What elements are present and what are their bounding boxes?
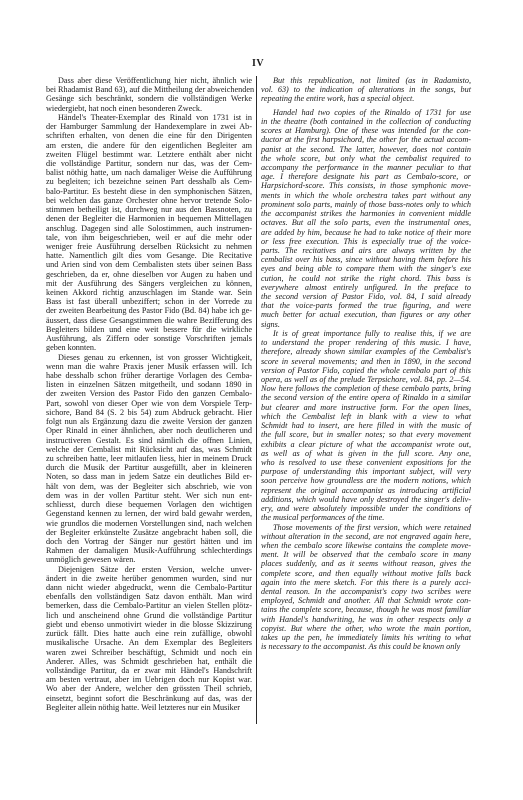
text-line: the second version of the entire opera o… [261, 393, 471, 402]
text-line: or less free execution. This is especial… [261, 237, 471, 246]
text-line: der Begleiter erkünstelte Zusätze angebr… [46, 528, 252, 537]
text-line: schriften erhalten, von denen die eine f… [46, 131, 252, 140]
text-line: ändert in die zweite herüber genommen wu… [46, 574, 252, 583]
text-line: the musical performances of the time. [261, 513, 471, 522]
text-line: mit der Ausführung des Sängers vergleich… [46, 279, 252, 288]
text-line: vollständige Partitur, da er zwar mit Hä… [46, 666, 252, 675]
text-line: bemerken, dass die Cembalo-Partitur an v… [46, 601, 252, 610]
text-line: scores at Hamburg). One of these was int… [261, 126, 471, 135]
text-line: ments in which the whole orchestra takes… [261, 191, 471, 200]
text-line: balo-Partitur. Es besteht diese in den s… [46, 187, 252, 196]
text-line: Begleiter allein nöthig hatte. Weil letz… [46, 703, 252, 712]
text-line: zurück fällt. Dies hatte auch eine rein … [46, 629, 252, 638]
text-line: Händel's Theater-Exemplar des Rinald von… [46, 113, 252, 122]
text-line: It is of great importance fully to reali… [261, 329, 471, 338]
text-line: octaves. But all the solo parts, even th… [261, 218, 471, 227]
text-line: musikalische Ursache. An dem Exemplar de… [46, 638, 252, 647]
text-line: welche der Cembalist mit Rücksicht auf d… [46, 445, 252, 454]
text-line: Part, sowohl von dieser Oper wie von dem… [46, 399, 252, 408]
text-line: habe desshalb schon früher derartige Vor… [46, 371, 252, 380]
text-line: Dieses genau zu erkennen, ist von grosse… [46, 353, 252, 362]
text-line: places suddenly, and as it seems without… [261, 559, 471, 568]
text-line: Anderer. Alles, was Schmidt geschrieben … [46, 657, 252, 666]
text-line: additions, which would have only destroy… [261, 495, 471, 504]
text-line: but clearer and more instructive form. F… [261, 403, 471, 412]
text-line: Diejenigen Sätze der ersten Version, wel… [46, 565, 252, 574]
german-text-column: Dass aber diese Veröffentlichung hier ni… [46, 76, 252, 712]
text-line: tains the complete score, because, thoug… [261, 605, 471, 614]
text-line: unmöglich gewesen wären. [46, 555, 252, 564]
text-line: without alteration in the second, are no… [261, 532, 471, 541]
text-line: represent the original accompanist as in… [261, 486, 471, 495]
text-line: copyist. But where the other, who wrote … [261, 624, 471, 633]
text-line: zu begleiten; ich bezeichne seinen Part … [46, 177, 252, 186]
text-line: exhibits a clear picture of what the acc… [261, 440, 471, 449]
text-line: dann nicht wieder abgedruckt, wenn die C… [46, 583, 252, 592]
text-line: signs. [261, 320, 471, 329]
text-line: the whole score, but only what the cemba… [261, 154, 471, 163]
text-line: who is resolved to use these convenient … [261, 458, 471, 467]
text-line: Rahmen der damaligen Musik-Aufführung sc… [46, 546, 252, 555]
text-line: geben konnten. [46, 343, 252, 352]
text-line: am ersten, die andere für den eigentlich… [46, 141, 252, 150]
text-line: Gegenstand kennen zu lernen, der wird ba… [46, 509, 252, 518]
text-line: bei Rhadamist Band 63), auf die Mittheil… [46, 85, 252, 94]
text-line: therefore, already shown similar example… [261, 347, 471, 356]
text-line: wiedergiebt, hat noch einen besonderen Z… [46, 104, 252, 113]
text-line: giebt und ebenso unmotivirt wieder in di… [46, 620, 252, 629]
text-line: much better for actual execution, than f… [261, 310, 471, 319]
english-text-column: But this republication, not limited (as … [261, 76, 471, 652]
text-line: opera, as well as of the prelude Terpsic… [261, 375, 471, 384]
text-line: waren zwei Schreiber beschäftigt, Schmid… [46, 648, 252, 657]
text-line: Those movements of the first version, wh… [261, 523, 471, 532]
text-line: anschlug. Dagegen sind alle Solostimmen,… [46, 224, 252, 233]
text-line: balist nöthig hatte, um nach damaliger W… [46, 168, 252, 177]
text-line: the second version of Pastor Fido, vol. … [261, 292, 471, 301]
text-line: with Handel's handwriting, he was in oth… [261, 615, 471, 624]
text-line: cembalist over his bass, since without h… [261, 255, 471, 264]
text-line: Dass aber diese Veröffentlichung hier ni… [46, 76, 252, 85]
text-line: ductor at the first harpsichord, the oth… [261, 135, 471, 144]
text-line: schliesst, durch diese bequemen Vorlagen… [46, 500, 252, 509]
text-line: listen in einzelnen Sätzen mitgetheilt, … [46, 380, 252, 389]
text-line: everywhere almost entirely unfigured. In… [261, 283, 471, 292]
text-line: instructiveren Gestalt. Es sind nämlich … [46, 436, 252, 445]
text-line: that the voice-parts formed the true fig… [261, 301, 471, 310]
text-line: doch den Vortrag der Sänger nur gestört … [46, 537, 252, 546]
text-line: folgt nun als Ergänzung dazu die zweite … [46, 417, 252, 426]
text-line: panist at the second. The latter, howeve… [261, 145, 471, 154]
text-line: geschrieben, da er, ohne dieselben vor A… [46, 270, 252, 279]
text-line: äussert, dass diese Gesangstimmen die wa… [46, 316, 252, 325]
text-line: sichore, Band 84 (S. 2 bis 54) zum Abdru… [46, 408, 252, 417]
text-line: prominent solo parts, mainly of those ba… [261, 200, 471, 209]
text-line: But this republication, not limited (as … [261, 76, 471, 85]
column-divider [256, 76, 257, 724]
text-line: age. I therefore designate his part as C… [261, 172, 471, 181]
text-line: in the theatre (both contained in the co… [261, 117, 471, 126]
text-line: as well as of what is given in the full … [261, 449, 471, 458]
text-line: Noten, so dass man in jedem Satze ein de… [46, 472, 252, 481]
text-line: complete score, and then equally without… [261, 569, 471, 578]
text-line: Harpsichord-score. This consists, in tho… [261, 181, 471, 190]
text-line: denen der Begleiter die Harmonien in beq… [46, 214, 252, 223]
text-line: Now here follows the completion of these… [261, 384, 471, 393]
text-line: cution, he could not strike the right ch… [261, 274, 471, 283]
text-line: the accompanist strikes the harmonies in… [261, 209, 471, 218]
text-line: Bass ist fast überall unbeziffert; schon… [46, 297, 252, 306]
text-line: und Arien sind von dem Cembalisten stets… [46, 260, 252, 269]
text-line: wenn man die wahre Praxis jener Musik er… [46, 362, 252, 371]
text-line: dental reason. In the accompanist's copy… [261, 587, 471, 596]
text-line: die vollständige Partitur, sondern nur d… [46, 159, 252, 168]
text-line: soon perceive how groundless are the mod… [261, 476, 471, 485]
text-line: vol. 63) to the indication of alteration… [261, 85, 471, 94]
text-line: Ausführung, als Ziffern oder sonstige Vo… [46, 334, 252, 343]
text-line: ery, and were absolutely impossible unde… [261, 504, 471, 513]
text-line: accompany the performance in the manner … [261, 163, 471, 172]
text-line: Oper Rinald in einer ähnlichen, aber noc… [46, 426, 252, 435]
text-line: hält von dem, was der Begleiter sich abs… [46, 482, 252, 491]
text-line: takes up the pen, he immediately limits … [261, 633, 471, 642]
text-line: which the Cembalist left in blank with a… [261, 412, 471, 421]
text-line: when the cembalo score likewise contains… [261, 541, 471, 550]
text-line: wie grundlos die modernen Vorstellungen … [46, 519, 252, 528]
text-line: weniger freie Ausführung derselben Rücks… [46, 242, 252, 251]
text-line: Wo aber der Andere, welcher den grössten… [46, 684, 252, 693]
text-line: hatte. Namentlich gilt dies vom Gesange.… [46, 251, 252, 260]
text-line: zweiten Flügel bestimmt war. Letztere en… [46, 150, 252, 159]
text-line: Gesänge sich beschränkt, sondern die vol… [46, 94, 252, 103]
text-line: is necessary to the accompanist. As this… [261, 642, 471, 651]
text-line: again into the mere sketch. For this the… [261, 578, 471, 587]
text-line: durch die Musik der Partitur ausgefüllt,… [46, 463, 252, 472]
text-line: employed, Schmidt and another. All that … [261, 596, 471, 605]
text-line: lich und anscheinend ohne Grund die voll… [46, 611, 252, 620]
text-line: der zweiten Version des Pastor Fido den … [46, 389, 252, 398]
text-line: einsetzt, beginnt sofort die Beschränkun… [46, 694, 252, 703]
text-line: am besten vertraut, aber im Uebrigen doc… [46, 675, 252, 684]
text-line: keinen Akkord richtig anzuschlagen im St… [46, 288, 252, 297]
text-line: stimmen betheiligt ist, durchweg nur aus… [46, 205, 252, 214]
page-number: IV [0, 58, 516, 69]
text-line: dem was in der vollen Partitur steht. We… [46, 491, 252, 500]
text-line: repeating the entire work, has a special… [261, 94, 471, 103]
text-line: are added by him, because he had to take… [261, 228, 471, 237]
text-line: bei welchen das ganze Orchester ohne her… [46, 196, 252, 205]
text-line: zu schreiben hatte, leer mitlaufen liess… [46, 454, 252, 463]
text-line: der Hamburger Sammlung der Handexemplare… [46, 122, 252, 131]
text-line: parts. The recitatives and airs are alwa… [261, 246, 471, 255]
text-line: Handel had two copies of the Rinaldo of … [261, 108, 471, 117]
text-line: ebenfalls den vollständigen Satz davon e… [46, 592, 252, 601]
text-line: version of Pastor Fido, copied the whole… [261, 366, 471, 375]
text-line: Begleiters bilden und eine weit bessere … [46, 325, 252, 334]
text-line: score in several movements; and then in … [261, 357, 471, 366]
text-line: Schmidt had to insert, are here filled i… [261, 421, 471, 430]
text-line: der zweiten Bearbeitung des Pastor Fido … [46, 306, 252, 315]
text-line: tale, von ihm beigeschrieben, weil er au… [46, 233, 252, 242]
text-line: the full score, but in smaller notes; so… [261, 430, 471, 439]
text-line: ment. It will be observed that the cemba… [261, 550, 471, 559]
text-line: eyes and being able to compare them with… [261, 264, 471, 273]
text-line: to understand the proper rendering of th… [261, 338, 471, 347]
text-line: purpose of understanding this important … [261, 467, 471, 476]
